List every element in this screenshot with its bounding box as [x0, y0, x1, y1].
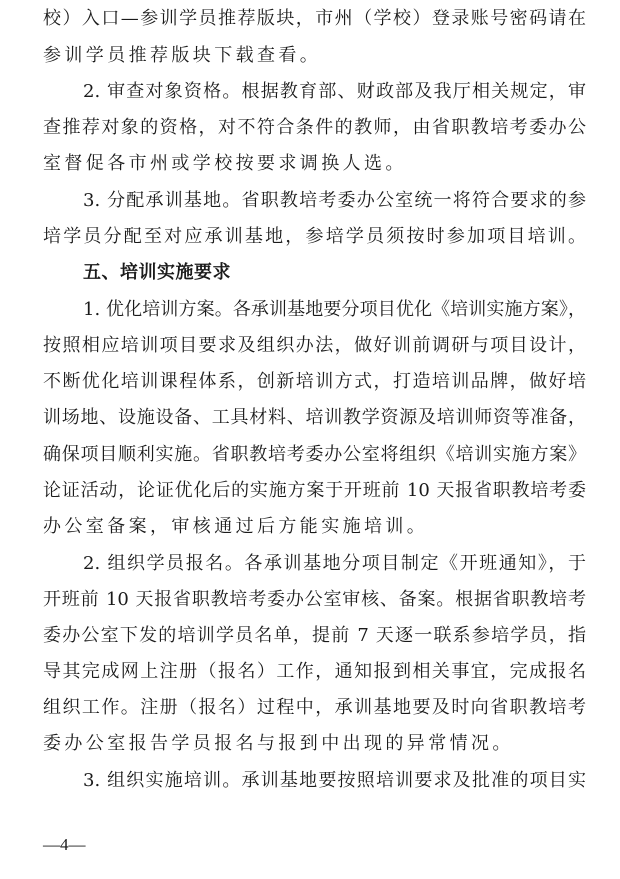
body-line: 办公室备案，审核通过后方能实施培训。: [43, 514, 586, 540]
body-line: 室督促各市州或学校按要求调换人选。: [43, 151, 586, 177]
document-page: 校）入口—参训学员推荐版块，市州（学校）登录账号密码请在 参训学员推荐版块下载查…: [0, 0, 620, 879]
body-line: 确保项目顺利实施。省职教培考委办公室将组织《培训实施方案》: [43, 442, 586, 468]
list-item-1-start: 1. 优化培训方案。各承训基地要分项目优化《培训实施方案》，: [83, 297, 586, 323]
list-item-2-start: 2. 审查对象资格。根据教育部、财政部及我厅相关规定，审: [83, 79, 586, 105]
body-line: 校）入口—参训学员推荐版块，市州（学校）登录账号密码请在: [43, 6, 586, 32]
page-number: —4—: [43, 832, 86, 858]
list-item-2-start: 2. 组织学员报名。各承训基地分项目制定《开班通知》，于: [83, 551, 586, 577]
body-line: 参训学员推荐版块下载查看。: [43, 43, 586, 69]
body-line: 论证活动，论证优化后的实施方案于开班前 10 天报省职教培考委: [43, 478, 586, 504]
body-line: 组织工作。注册（报名）过程中，承训基地要及时向省职教培考: [43, 695, 586, 721]
body-line: 查推荐对象的资格，对不符合条件的教师，由省职教培考委办公: [43, 115, 586, 141]
body-line: 训场地、设施设备、工具材料、培训教学资源及培训师资等准备，: [43, 405, 586, 431]
body-line: 开班前 10 天报省职教培考委办公室审核、备案。根据省职教培考: [43, 587, 586, 613]
list-item-3-start: 3. 组织实施培训。承训基地要按照培训要求及批准的项目实: [83, 768, 586, 794]
body-line: 导其完成网上注册（报名）工作，通知报到相关事宜，完成报名: [43, 659, 586, 685]
body-line: 培学员分配至对应承训基地，参培学员须按时参加项目培训。: [43, 224, 586, 250]
body-line: 按照相应培训项目要求及组织办法，做好训前调研与项目设计，: [43, 333, 586, 359]
body-line: 委办公室报告学员报名与报到中出现的异常情况。: [43, 731, 586, 757]
section-heading: 五、培训实施要求: [83, 260, 586, 286]
body-line: 不断优化培训课程体系，创新培训方式，打造培训品牌，做好培: [43, 369, 586, 395]
body-line: 委办公室下发的培训学员名单，提前 7 天逐一联系参培学员，指: [43, 623, 586, 649]
list-item-3-start: 3. 分配承训基地。省职教培考委办公室统一将符合要求的参: [83, 188, 586, 214]
